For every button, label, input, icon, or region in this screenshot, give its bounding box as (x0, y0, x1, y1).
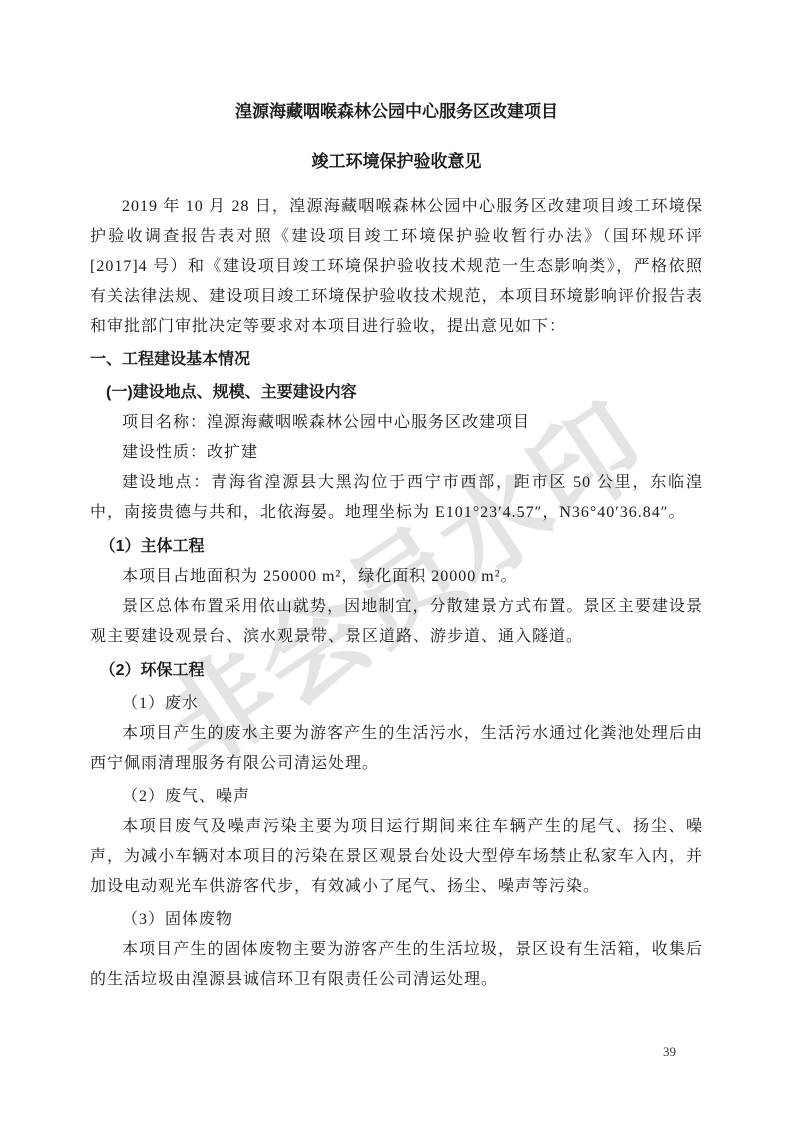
gas-noise-paragraph: 本项目废气及噪声污染主要为项目运行期间来往车辆产生的尾气、扬尘、噪声，为减小车辆… (90, 812, 703, 902)
build-location-paragraph: 建设地点：青海省湟源县大黑沟位于西宁市西部，距市区 50 公里，东临湟中，南接贵… (90, 468, 703, 528)
project-name-line: 项目名称：湟源海藏咽喉森林公园中心服务区改建项目 (90, 408, 703, 438)
intro-paragraph: 2019 年 10 月 28 日，湟源海藏咽喉森林公园中心服务区改建项目竣工环境… (90, 192, 703, 342)
build-nature-line: 建设性质：改扩建 (90, 438, 703, 468)
solid-waste-paragraph: 本项目产生的固体废物主要为游客产生的生活垃圾，景区设有生活箱，收集后的生活垃圾由… (90, 935, 703, 995)
page-number: 39 (663, 1044, 676, 1060)
env-works-heading: （2）环保工程 (90, 656, 703, 686)
gas-noise-heading: （2）废气、噪声 (90, 782, 703, 812)
main-works-paragraph-area: 本项目占地面积为 250000 m²，绿化面积 20000 m²。 (90, 562, 703, 592)
document-page: 非会员水印 湟源海藏咽喉森林公园中心服务区改建项目 竣工环境保护验收意见 201… (0, 0, 793, 1122)
document-title: 湟源海藏咽喉森林公园中心服务区改建项目 (90, 100, 703, 124)
solid-waste-heading: （3）固体废物 (90, 905, 703, 935)
section1-heading: 一、工程建设基本情况 (90, 345, 703, 375)
wastewater-paragraph: 本项目产生的废水主要为游客产生的生活污水，生活污水通过化粪池处理后由西宁佩雨清理… (90, 719, 703, 779)
main-works-paragraph-layout: 景区总体布置采用依山就势，因地制宜，分散建景方式布置。景区主要建设景观主要建设观… (90, 592, 703, 652)
wastewater-heading: （1）废水 (90, 689, 703, 719)
main-works-heading: （1）主体工程 (90, 532, 703, 562)
document-subtitle: 竣工环境保护验收意见 (90, 150, 703, 174)
subsection1-heading: (一)建设地点、规模、主要建设内容 (90, 378, 703, 408)
document-body: 湟源海藏咽喉森林公园中心服务区改建项目 竣工环境保护验收意见 2019 年 10… (90, 100, 703, 995)
